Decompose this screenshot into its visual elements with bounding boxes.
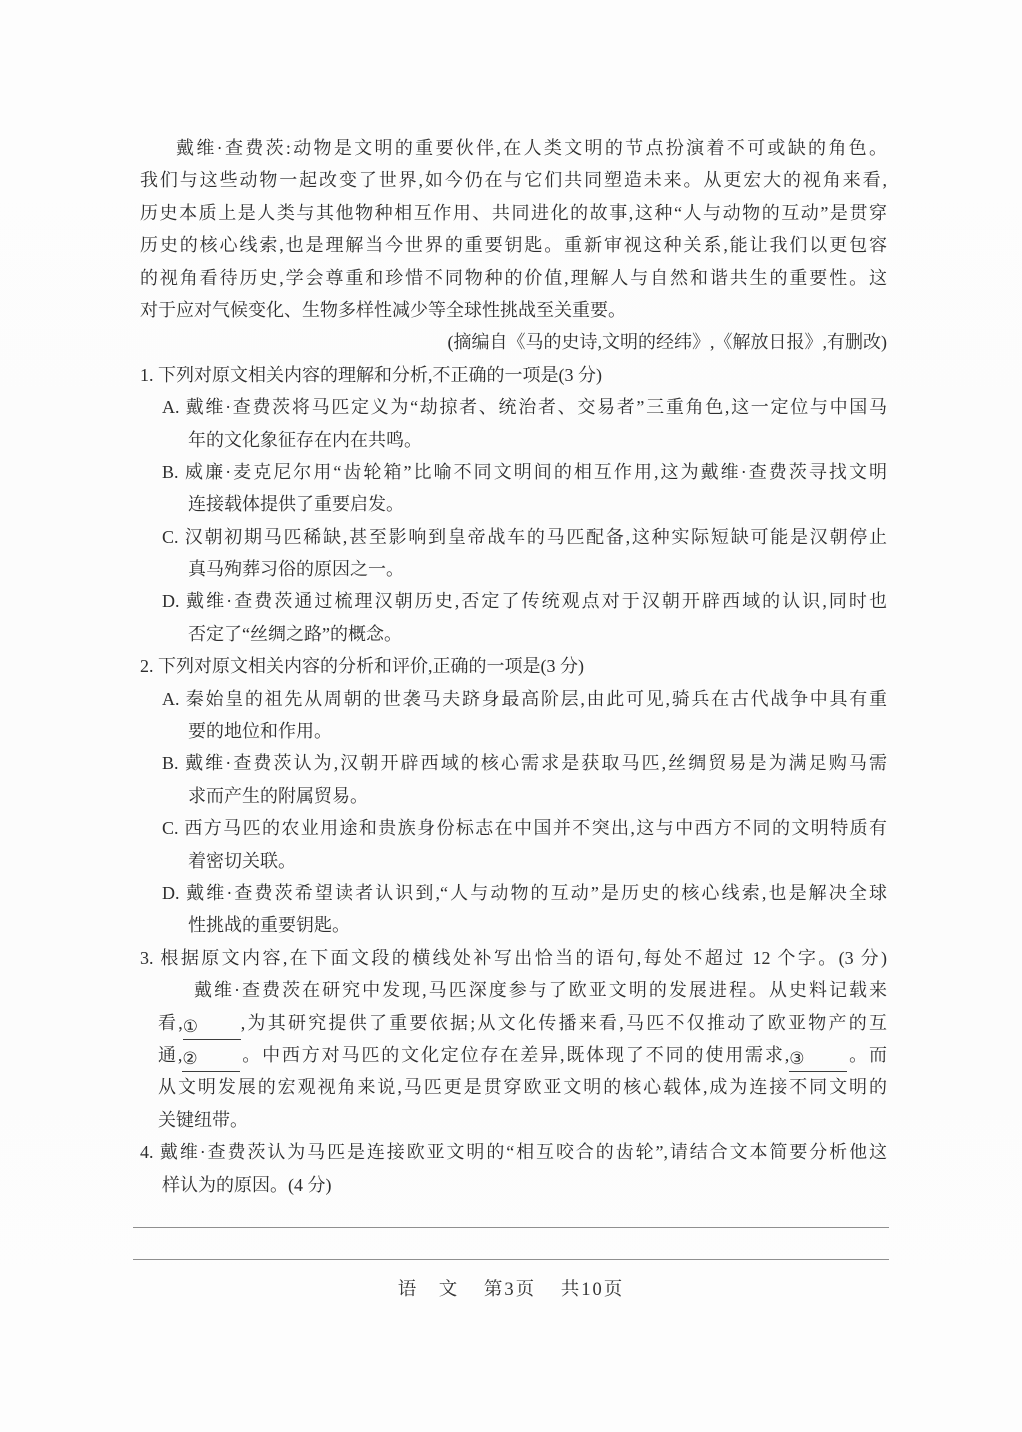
question-1-option-c-line: C. 汉朝初期马匹稀缺,甚至影响到皇帝战车的马匹配备,这种实际短缺可能是汉朝停止 <box>162 521 887 553</box>
passage-line: 对于应对气候变化、生物多样性减少等全球性挑战至关重要。 <box>140 294 887 326</box>
question-3-passage-line: 通,②。中西方对马匹的文化定位存在差异,既体现了不同的使用需求,③。而 <box>158 1039 887 1071</box>
fill-in-blank-2: ② <box>182 1046 240 1072</box>
passage-text: 看, <box>158 1013 183 1033</box>
question-2-option-b-line: 求而产生的附属贸易。 <box>188 780 887 812</box>
passage-line: 历史的核心线索,也是理解当今世界的重要钥匙。重新审视这种关系,能让我们以更包容 <box>140 229 887 261</box>
passage-text: 。中西方对马匹的文化定位存在差异,既体现了不同的使用需求, <box>240 1045 789 1065</box>
question-1-stem: 1. 下列对原文相关内容的理解和分析,不正确的一项是(3 分) <box>140 359 887 391</box>
footer-total-pages: 共10页 <box>561 1280 625 1300</box>
blank-1-number: ① <box>183 1017 198 1036</box>
exam-page: 戴维·查费茨:动物是文明的重要伙伴,在人类文明的节点扮演着不可或缺的角色。 我们… <box>0 0 1022 1432</box>
question-2-option-a-line: 要的地位和作用。 <box>188 715 887 747</box>
question-1-option-a-line: A. 戴维·查费茨将马匹定义为“劫掠者、统治者、交易者”三重角色,这一定位与中国… <box>162 391 887 423</box>
passage-text: 通, <box>158 1045 182 1065</box>
question-1-option-b-line: 连接载体提供了重要启发。 <box>188 488 887 520</box>
question-2-stem: 2. 下列对原文相关内容的分析和评价,正确的一项是(3 分) <box>140 650 887 682</box>
question-2-option-d-line: 性挑战的重要钥匙。 <box>188 909 887 941</box>
question-3-passage-line: 关键纽带。 <box>158 1104 887 1136</box>
question-2-option-b-line: B. 戴维·查费茨认为,汉朝开辟西域的核心需求是获取马匹,丝绸贸易是为满足购马需 <box>162 747 887 779</box>
question-3-passage-line: 看,①,为其研究提供了重要依据;从文化传播来看,马匹不仅推动了欧亚物产的互 <box>158 1007 887 1039</box>
question-3-stem: 3. 根据原文内容,在下面文段的横线处补写出恰当的语句,每处不超过 12 个字。… <box>140 942 887 974</box>
exam-content: 戴维·查费茨:动物是文明的重要伙伴,在人类文明的节点扮演着不可或缺的角色。 我们… <box>140 132 887 1201</box>
fill-in-blank-3: ③ <box>789 1046 847 1072</box>
answer-line <box>133 1227 889 1228</box>
question-1-option-b-line: B. 威廉·麦克尼尔用“齿轮箱”比喻不同文明间的相互作用,这为戴维·查费茨寻找文… <box>162 456 887 488</box>
fill-in-blank-1: ① <box>183 1014 241 1040</box>
footer-page-number: 第3页 <box>484 1280 536 1300</box>
question-1-option-a-line: 年的文化象征存在内在共鸣。 <box>188 424 887 456</box>
question-4-stem-line: 样认为的原因。(4 分) <box>162 1169 887 1201</box>
question-1-option-d-line: D. 戴维·查费茨通过梳理汉朝历史,否定了传统观点对于汉朝开辟西域的认识,同时也 <box>162 585 887 617</box>
passage-line: 的视角看待历史,学会尊重和珍惜不同物种的价值,理解人与自然和谐共生的重要性。这 <box>140 262 887 294</box>
page-footer: 语 文 第3页 共10页 <box>0 1275 1022 1301</box>
question-2-option-c-line: C. 西方马匹的农业用途和贵族身份标志在中国并不突出,这与中西方不同的文明特质有 <box>162 812 887 844</box>
answer-line <box>133 1259 889 1260</box>
question-2-option-c-line: 着密切关联。 <box>188 845 887 877</box>
question-2-option-d-line: D. 戴维·查费茨希望读者认识到,“人与动物的互动”是历史的核心线索,也是解决全… <box>162 877 887 909</box>
passage-line: 戴维·查费茨:动物是文明的重要伙伴,在人类文明的节点扮演着不可或缺的角色。 <box>140 132 887 164</box>
source-attribution: (摘编自《马的史诗,文明的经纬》,《解放日报》,有删改) <box>140 326 887 358</box>
passage-text: ,为其研究提供了重要依据;从文化传播来看,马匹不仅推动了欧亚物产的互 <box>241 1013 887 1033</box>
passage-text: 。而 <box>847 1045 887 1065</box>
passage-line: 我们与这些动物一起改变了世界,如今仍在与它们共同塑造未来。从更宏大的视角来看, <box>140 164 887 196</box>
question-3-passage-line: 戴维·查费茨在研究中发现,马匹深度参与了欧亚文明的发展进程。从史料记载来 <box>158 974 887 1006</box>
blank-3-number: ③ <box>789 1049 804 1068</box>
question-2-option-a-line: A. 秦始皇的祖先从周朝的世袭马夫跻身最高阶层,由此可见,骑兵在古代战争中具有重 <box>162 683 887 715</box>
question-3-passage-line: 从文明发展的宏观视角来说,马匹更是贯穿欧亚文明的核心载体,成为连接不同文明的 <box>158 1071 887 1103</box>
question-1-option-c-line: 真马殉葬习俗的原因之一。 <box>188 553 887 585</box>
question-4-stem-line: 4. 戴维·查费茨认为马匹是连接欧亚文明的“相互咬合的齿轮”,请结合文本简要分析… <box>140 1136 887 1168</box>
question-1-option-d-line: 否定了“丝绸之路”的概念。 <box>188 618 887 650</box>
blank-2-number: ② <box>182 1049 197 1068</box>
passage-line: 历史本质上是人类与其他物种相互作用、共同进化的故事,这种“人与动物的互动”是贯穿 <box>140 197 887 229</box>
footer-subject: 语 文 <box>398 1280 460 1300</box>
